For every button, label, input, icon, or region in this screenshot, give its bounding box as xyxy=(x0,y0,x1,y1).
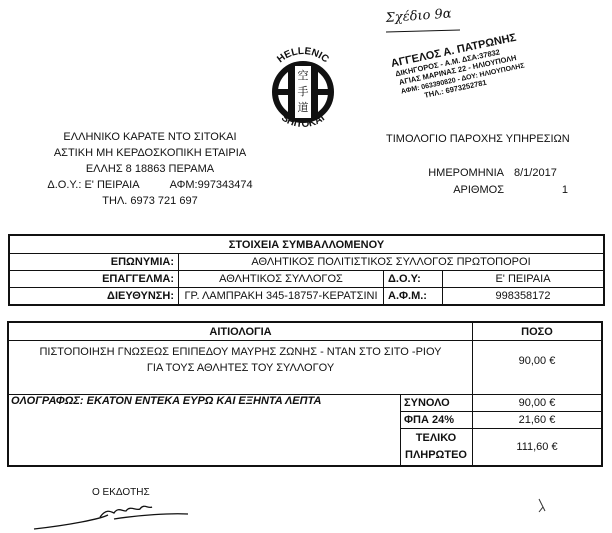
lawyer-stamp: Σχέδιο 9α ΑΓΓΕΛΟΣ Α. ΠΑΤΡΩΝΗΣ ΔΙΚΗΓΟΡΟΣ … xyxy=(378,2,610,110)
logo-kanji-3: 道 xyxy=(298,101,309,114)
amount-header: ΠΟΣΟ xyxy=(473,322,603,341)
item-description-line-2: ΓΙΑ ΤΟΥΣ ΑΘΛΗΤΕΣ ΤΟΥ ΣΥΛΛΟΓΟΥ xyxy=(13,360,468,376)
handwritten-note: Σχέδιο 9α xyxy=(384,6,452,26)
total-label: ΤΕΛΙΚΟ ΠΛΗΡΩΤΕΟ xyxy=(401,429,473,467)
number-value: 1 xyxy=(504,182,594,199)
issuer-vat: ΑΦΜ:997343474 xyxy=(170,177,253,193)
client-header: ΣΤΟΙΧΕΙΑ ΣΥΜΒΑΛΛΟΜΕΝΟΥ xyxy=(9,235,604,254)
subtotal-label: ΣΥΝΟΛΟ xyxy=(401,395,473,412)
logo-kanji-1: 空 xyxy=(298,68,309,82)
item-description: ΠΙΣΤΟΠΟΙΗΣΗ ΓΝΩΣΕΩΣ ΕΠΙΠΕΔΟΥ ΜΑΥΡΗΣ ΖΩΝΗ… xyxy=(8,341,473,395)
item-description-line-1: ΠΙΣΤΟΠΟΙΗΣΗ ΓΝΩΣΕΩΣ ΕΠΙΠΕΔΟΥ ΜΑΥΡΗΣ ΖΩΝΗ… xyxy=(13,344,468,360)
number-label: ΑΡΙΘΜΟΣ xyxy=(396,182,504,199)
item-amount: 90,00 € xyxy=(473,341,603,395)
client-vat-value: 998358172 xyxy=(443,288,605,306)
client-vat-label: Α.Φ.Μ.: xyxy=(384,288,443,306)
subtotal-value: 90,00 € xyxy=(473,395,603,412)
client-profession-label: ΕΠΑΓΓΕΛΜΑ: xyxy=(9,271,179,288)
table-row: ΠΙΣΤΟΠΟΙΗΣΗ ΓΝΩΣΕΩΣ ΕΠΙΠΕΔΟΥ ΜΑΥΡΗΣ ΖΩΝΗ… xyxy=(8,341,602,395)
client-tax-office-value: Ε' ΠΕΙΡΑΙΑ xyxy=(443,271,605,288)
issuer-phone: ΤΗΛ. 6973 721 697 xyxy=(0,193,300,209)
issuer-address: ΕΛΛΗΣ 8 18863 ΠΕΡΑΜΑ xyxy=(0,161,300,177)
date-label: ΗΜΕΡΟΜΗΝΙΑ xyxy=(396,165,504,182)
invoice-items-table: ΑΙΤΙΟΛΟΓΙΑ ΠΟΣΟ ΠΙΣΤΟΠΟΙΗΣΗ ΓΝΩΣΕΩΣ ΕΠΙΠ… xyxy=(7,321,603,467)
client-address-label: ΔΙΕΥΘΥΝΣΗ: xyxy=(9,288,179,306)
client-tax-office-label: Δ.Ο.Υ: xyxy=(384,271,443,288)
client-address-value: ΓΡ. ΛΑΜΠΡΑΚΗ 345-18757-ΚΕΡΑΤΣΙΝΙ xyxy=(179,288,384,306)
signature xyxy=(30,497,190,533)
amount-in-words: ΟΛΟΓΡΑΦΩΣ: ΕΚΑΤΟΝ ΕΝΤΕΚΑ ΕΥΡΩ ΚΑΙ ΕΞΗΝΤΑ… xyxy=(8,395,401,467)
issuer-block: ΕΛΛΗΝΙΚΟ ΚΑΡΑΤΕ ΝΤΟ ΣΙΤΟΚΑΙ ΑΣΤΙΚΗ ΜΗ ΚΕ… xyxy=(0,129,300,209)
document-title: ΤΙΜΟΛΟΓΙΟ ΠΑΡΟΧΗΣ ΥΠΗΡΕΣΙΩΝ xyxy=(386,133,570,145)
issuer-tax-office: Δ.Ο.Υ.: Ε' ΠΕΙΡΑΙΑ xyxy=(47,177,139,193)
total-label-line-1: ΤΕΛΙΚΟ xyxy=(404,430,468,447)
document-meta: ΗΜΕΡΟΜΗΝΙΑ 8/1/2017 ΑΡΙΘΜΟΣ 1 xyxy=(396,165,594,199)
date-value: 8/1/2017 xyxy=(504,165,584,182)
logo-kanji-2: 手 xyxy=(298,85,309,98)
description-header: ΑΙΤΙΟΛΟΓΙΑ xyxy=(8,322,473,341)
client-name-label: ΕΠΩΝΥΜΙΑ: xyxy=(9,254,179,271)
client-details-table: ΣΤΟΙΧΕΙΑ ΣΥΜΒΑΛΛΟΜΕΝΟΥ ΕΠΩΝΥΜΙΑ: ΑΘΛΗΤΙΚ… xyxy=(8,234,605,306)
issuer-name: ΕΛΛΗΝΙΚΟ ΚΑΡΑΤΕ ΝΤΟ ΣΙΤΟΚΑΙ xyxy=(0,129,300,145)
client-name-value: ΑΘΛΗΤΙΚΟΣ ΠΟΛΙΤΙΣΤΙΚΟΣ ΣΥΛΛΟΓΟΣ ΠΡΩΤΟΠΟΡ… xyxy=(179,254,605,271)
vat-value: 21,60 € xyxy=(473,412,603,429)
issuer-type: ΑΣΤΙΚΗ ΜΗ ΚΕΡΔΟΣΚΟΠΙΚΗ ΕΤΑΙΡΙΑ xyxy=(0,145,300,161)
hellenic-shitokai-logo: HELLENIC 空 手 道 SHITOKAI xyxy=(258,42,348,132)
client-profession-value: ΑΘΛΗΤΙΚΟΣ ΣΥΛΛΟΓΟΣ xyxy=(179,271,384,288)
total-value: 111,60 € xyxy=(473,429,603,467)
handwritten-mark xyxy=(536,497,550,515)
vat-label: ΦΠΑ 24% xyxy=(401,412,473,429)
total-label-line-2: ΠΛΗΡΩΤΕΟ xyxy=(404,447,468,464)
